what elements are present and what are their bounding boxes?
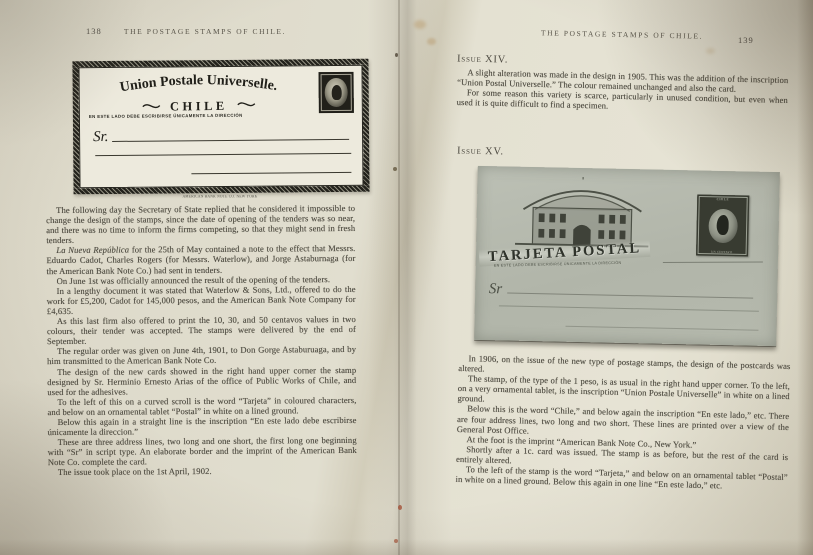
- stamp-portrait-oval: [708, 208, 737, 243]
- open-book-photo: 138 THE POSTAGE STAMPS OF CHILE. Union P…: [0, 0, 813, 555]
- issue-xv-heading: Issue XV.: [457, 146, 504, 158]
- address-line-2: [95, 153, 351, 156]
- stamp-portrait-oval: [325, 78, 348, 107]
- address-line-3: [191, 172, 351, 174]
- svg-text:Union Postale Universelle.: Union Postale Universelle.: [119, 72, 279, 95]
- salutation-script: Sr.: [93, 130, 113, 144]
- address-line-1: Sr.: [93, 122, 349, 144]
- issue-xiv-heading: Issue XIV.: [457, 53, 508, 65]
- left-page-body-text: The following day the Secretary of State…: [46, 203, 357, 478]
- left-running-title: THE POSTAGE STAMPS OF CHILE.: [40, 27, 370, 36]
- stamp-portrait-head: [716, 215, 728, 235]
- stamp-country-label: CHILE: [709, 198, 737, 202]
- issue-xiv-body-text: A slight alteration was made in the desi…: [457, 67, 789, 115]
- card-country-label: CHILE: [170, 99, 228, 114]
- stamp-portrait-head: [332, 85, 342, 100]
- paragraph: Below this again in a straight line is t…: [48, 415, 357, 437]
- paragraph: La Nueva República for the 25th of May c…: [46, 243, 355, 275]
- flourish-right: [238, 103, 255, 106]
- flourish-left: [143, 105, 160, 108]
- paragraph: In a lengthy document it was stated that…: [47, 284, 356, 316]
- issue-xv-body-text: In 1906, on the issue of the new type of…: [455, 353, 790, 492]
- paragraph: The regular order was given on June 4th,…: [47, 344, 356, 366]
- salutation-script: Sr: [489, 282, 508, 296]
- right-page: THE POSTAGE STAMPS OF CHILE. 139 Issue X…: [420, 0, 813, 555]
- banner-tail-rule: [663, 262, 763, 264]
- paragraph: The issue took place on the 1st April, 1…: [48, 465, 357, 477]
- card-arc-title: Union Postale Universelle.: [119, 72, 279, 95]
- postcard-illustration-upu: Union Postale Universelle. CHILE EN ESTE…: [72, 59, 369, 195]
- address-rule: [113, 139, 350, 142]
- postcard-photo-tarjeta-postal: TARJETA POSTAL EN ESTE LADO DEBE ESCRIBI…: [474, 166, 780, 346]
- paragraph: As this last firm also offered to print …: [47, 314, 356, 346]
- paragraph: To the left of this on a curved scroll i…: [47, 395, 356, 417]
- book-fold-line: [398, 0, 400, 555]
- address-line-3: [565, 326, 758, 331]
- stamp-value-label: UN CENTAVO: [709, 251, 735, 255]
- paragraph: The design of the new cards showed in th…: [47, 364, 356, 396]
- card-printer-imprint: AMERICAN BANK NOTE CO. NEW YORK: [178, 195, 262, 199]
- red-speck: [398, 505, 402, 510]
- postcard-header-art: Union Postale Universelle. CHILE: [90, 66, 306, 114]
- paragraph: The following day the Secretary of State…: [46, 203, 355, 246]
- card-instruction-line: EN ESTE LADO DEBE ESCRIBIRSE ÚNICAMENTE …: [89, 114, 243, 120]
- right-page-number: 139: [738, 35, 754, 45]
- postage-stamp-icon: CHILE UN CENTAVO: [697, 195, 750, 257]
- paragraph: These are three address lines, two long …: [48, 435, 357, 467]
- left-page: 138 THE POSTAGE STAMPS OF CHILE. Union P…: [0, 0, 398, 555]
- postage-stamp-icon: [319, 72, 354, 113]
- address-line-2: [499, 306, 759, 312]
- address-rule: [507, 292, 753, 298]
- address-line-1: Sr: [489, 274, 754, 302]
